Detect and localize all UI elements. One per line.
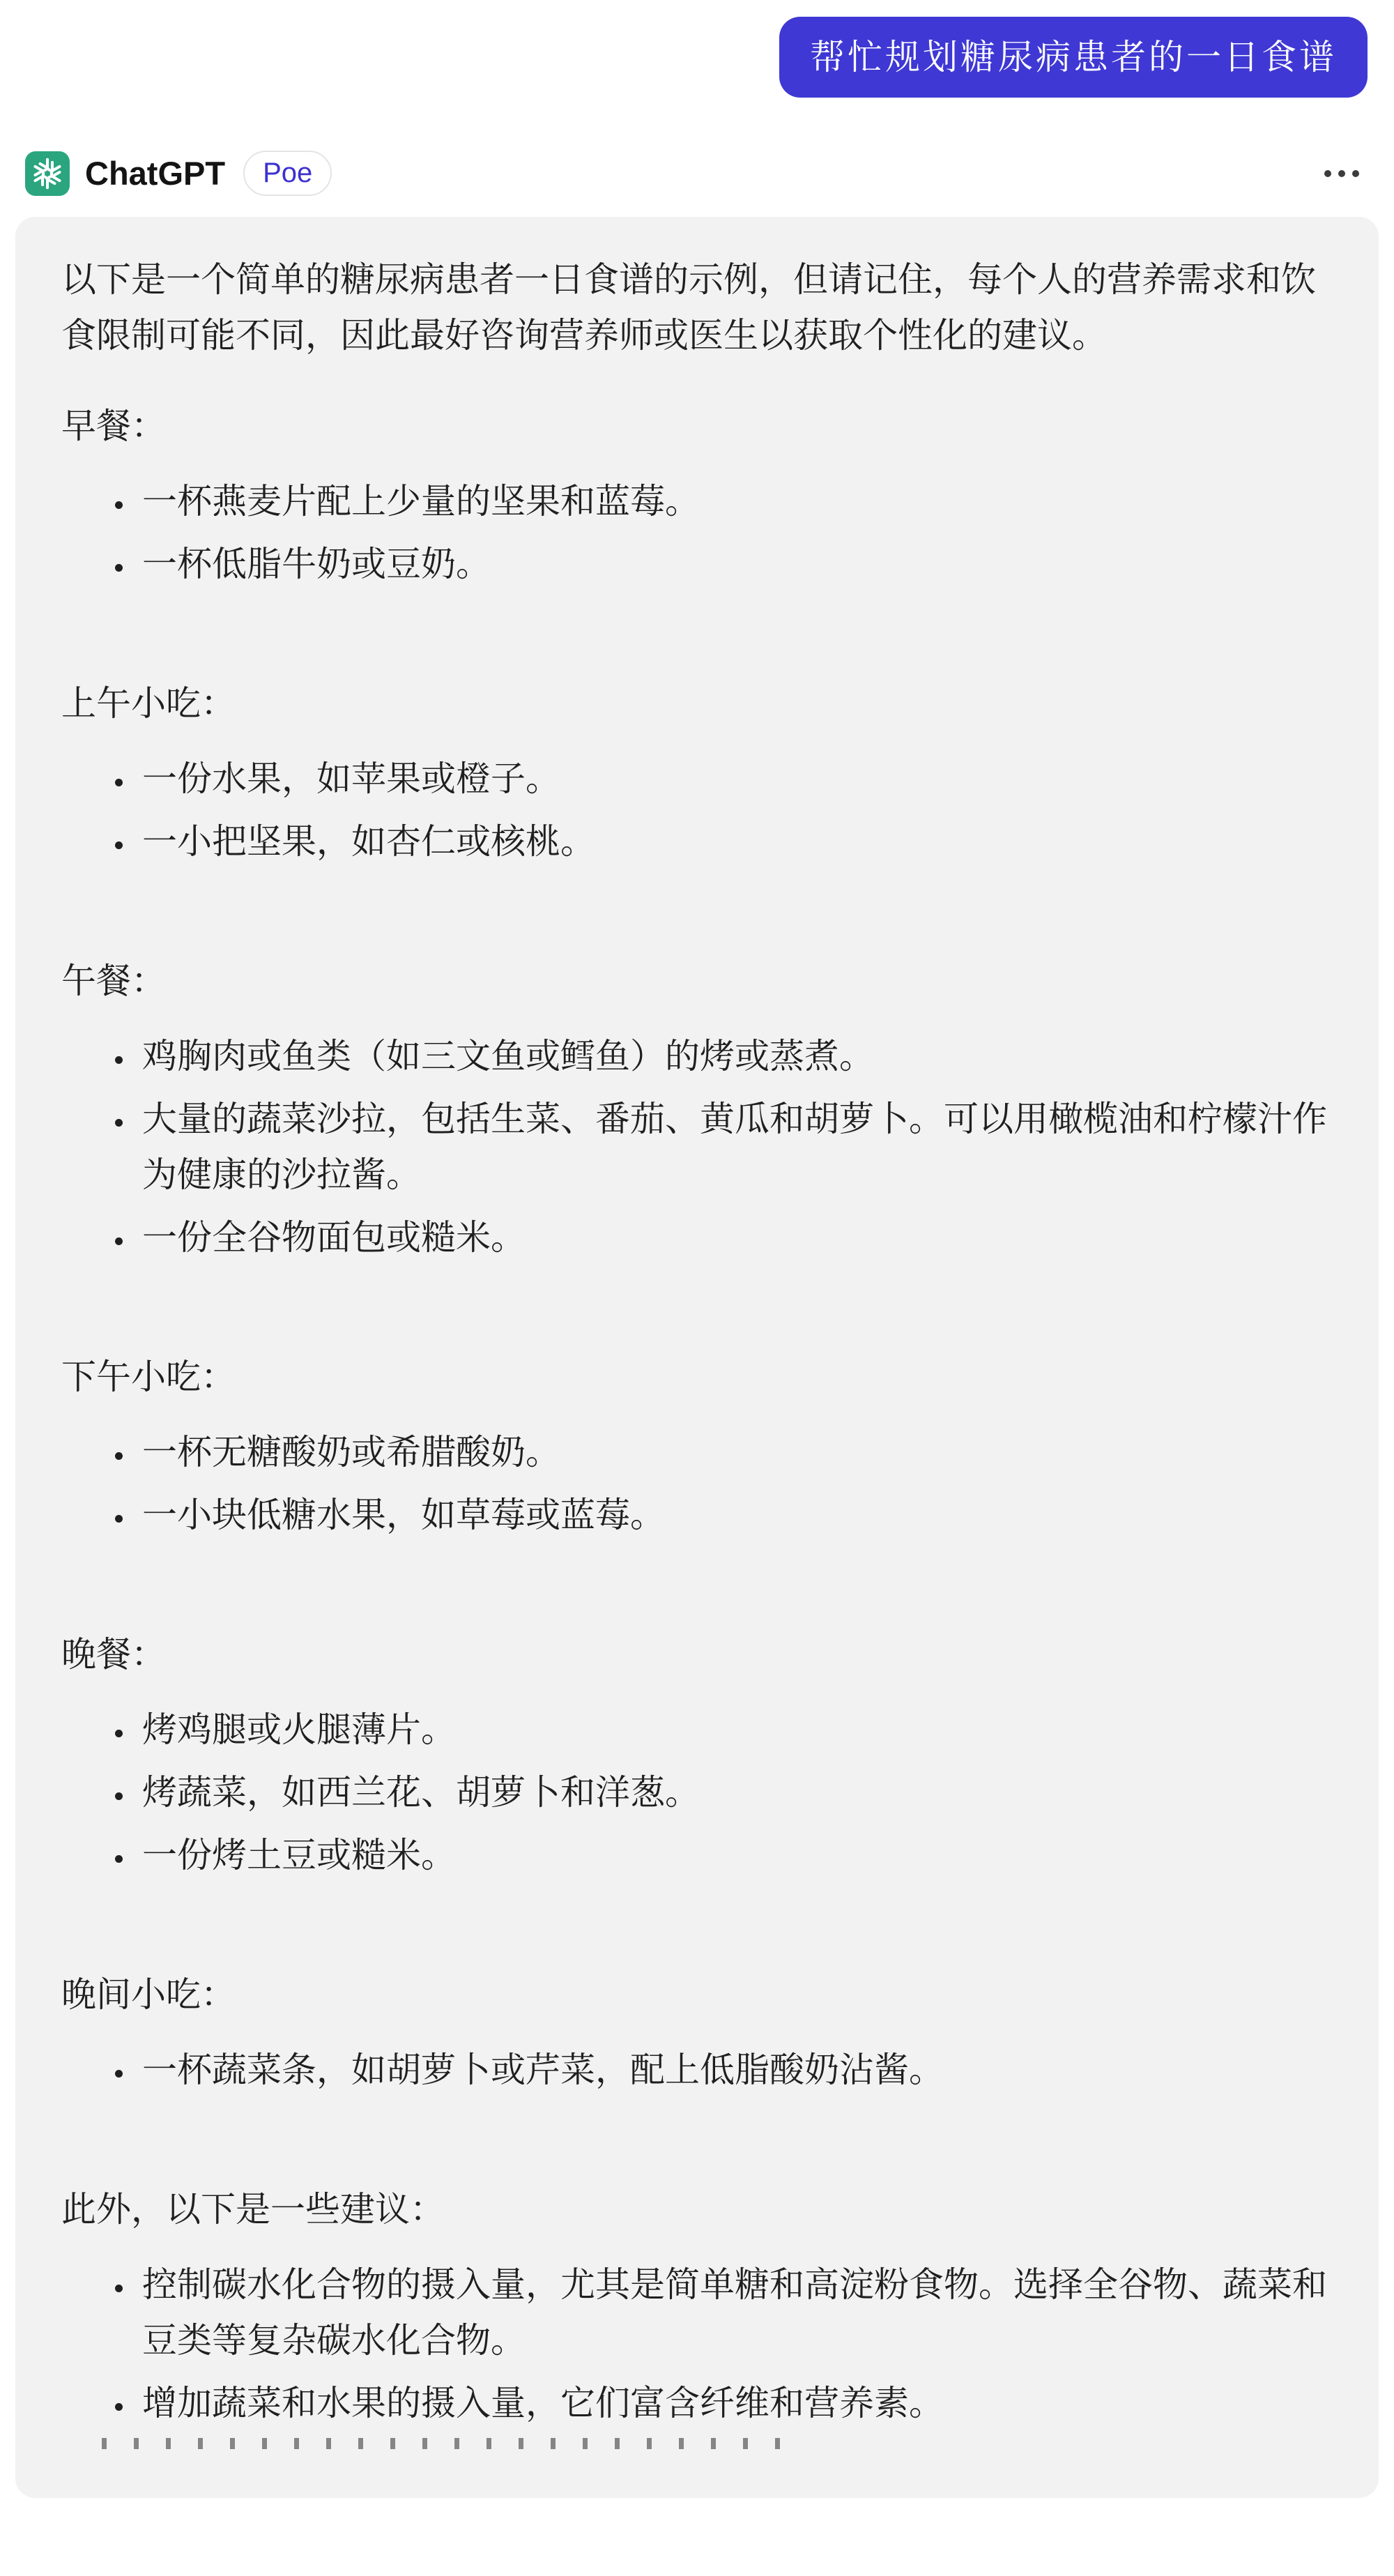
- section-list-lunch: 鸡胸肉或鱼类（如三文鱼或鳕鱼）的烤或蒸煮。 大量的蔬菜沙拉，包括生菜、番茄、黄瓜…: [50, 1028, 1344, 1265]
- openai-logo-icon: [25, 151, 70, 196]
- list-item: 烤蔬菜，如西兰花、胡萝卜和洋葱。: [135, 1765, 1344, 1820]
- section-heading-tips: 此外，以下是一些建议：: [61, 2181, 1344, 2237]
- clipped-next-line: [95, 2438, 1344, 2449]
- bot-message-bubble: 以下是一个简单的糖尿病患者一日食谱的示例，但请记住，每个人的营养需求和饮食限制可…: [15, 217, 1379, 2498]
- section-heading-morning-snack: 上午小吃：: [61, 676, 1344, 731]
- response-intro: 以下是一个简单的糖尿病患者一日食谱的示例，但请记住，每个人的营养需求和饮食限制可…: [61, 252, 1344, 363]
- list-item: 一杯蔬菜条，如胡萝卜或芹菜，配上低脂酸奶沾酱。: [135, 2042, 1344, 2098]
- ellipsis-menu-icon[interactable]: [1317, 163, 1366, 184]
- bot-name: ChatGPT: [85, 154, 225, 192]
- list-item: 鸡胸肉或鱼类（如三文鱼或鳕鱼）的烤或蒸煮。: [135, 1028, 1344, 1084]
- list-item: 一小把坚果，如杏仁或核桃。: [135, 814, 1344, 869]
- section-list-tips: 控制碳水化合物的摄入量，尤其是简单糖和高淀粉食物。选择全谷物、蔬菜和豆类等复杂碳…: [50, 2257, 1344, 2449]
- clipped-text-top-edge: [102, 2438, 785, 2449]
- list-item: 一份全谷物面包或糙米。: [135, 1210, 1344, 1265]
- section-heading-breakfast: 早餐：: [61, 398, 1344, 454]
- list-item: 控制碳水化合物的摄入量，尤其是简单糖和高淀粉食物。选择全谷物、蔬菜和豆类等复杂碳…: [135, 2257, 1344, 2368]
- section-heading-dinner: 晚餐：: [61, 1626, 1344, 1682]
- section-heading-evening-snack: 晚间小吃：: [61, 1967, 1344, 2022]
- section-heading-afternoon-snack: 下午小吃：: [61, 1349, 1344, 1405]
- section-list-afternoon-snack: 一杯无糖酸奶或希腊酸奶。 一小块低糖水果，如草莓或蓝莓。: [50, 1424, 1344, 1543]
- list-item: 大量的蔬菜沙拉，包括生菜、番茄、黄瓜和胡萝卜。可以用橄榄油和柠檬汁作为健康的沙拉…: [135, 1091, 1344, 1203]
- list-item: 烤鸡腿或火腿薄片。: [135, 1702, 1344, 1758]
- bot-header: ChatGPT Poe: [25, 151, 1366, 196]
- section-list-breakfast: 一杯燕麦片配上少量的坚果和蓝莓。 一杯低脂牛奶或豆奶。: [50, 473, 1344, 592]
- section-list-dinner: 烤鸡腿或火腿薄片。 烤蔬菜，如西兰花、胡萝卜和洋葱。 一份烤土豆或糙米。: [50, 1702, 1344, 1883]
- section-list-morning-snack: 一份水果，如苹果或橙子。 一小把坚果，如杏仁或核桃。: [50, 751, 1344, 869]
- section-list-evening-snack: 一杯蔬菜条，如胡萝卜或芹菜，配上低脂酸奶沾酱。: [50, 2042, 1344, 2098]
- list-item: 一杯无糖酸奶或希腊酸奶。: [135, 1424, 1344, 1480]
- list-item: 一杯燕麦片配上少量的坚果和蓝莓。: [135, 473, 1344, 529]
- list-item: 一份水果，如苹果或橙子。: [135, 751, 1344, 807]
- user-message-row: 帮忙规划糖尿病患者的一日食谱: [0, 0, 1394, 98]
- poe-badge: Poe: [243, 151, 332, 196]
- list-item: 一份烤土豆或糙米。: [135, 1827, 1344, 1883]
- list-item: 一小块低糖水果，如草莓或蓝莓。: [135, 1487, 1344, 1543]
- list-item: 一杯低脂牛奶或豆奶。: [135, 536, 1344, 592]
- user-message-bubble: 帮忙规划糖尿病患者的一日食谱: [779, 17, 1368, 98]
- section-heading-lunch: 午餐：: [61, 953, 1344, 1009]
- list-item: 增加蔬菜和水果的摄入量，它们富含纤维和营养素。: [135, 2375, 1344, 2431]
